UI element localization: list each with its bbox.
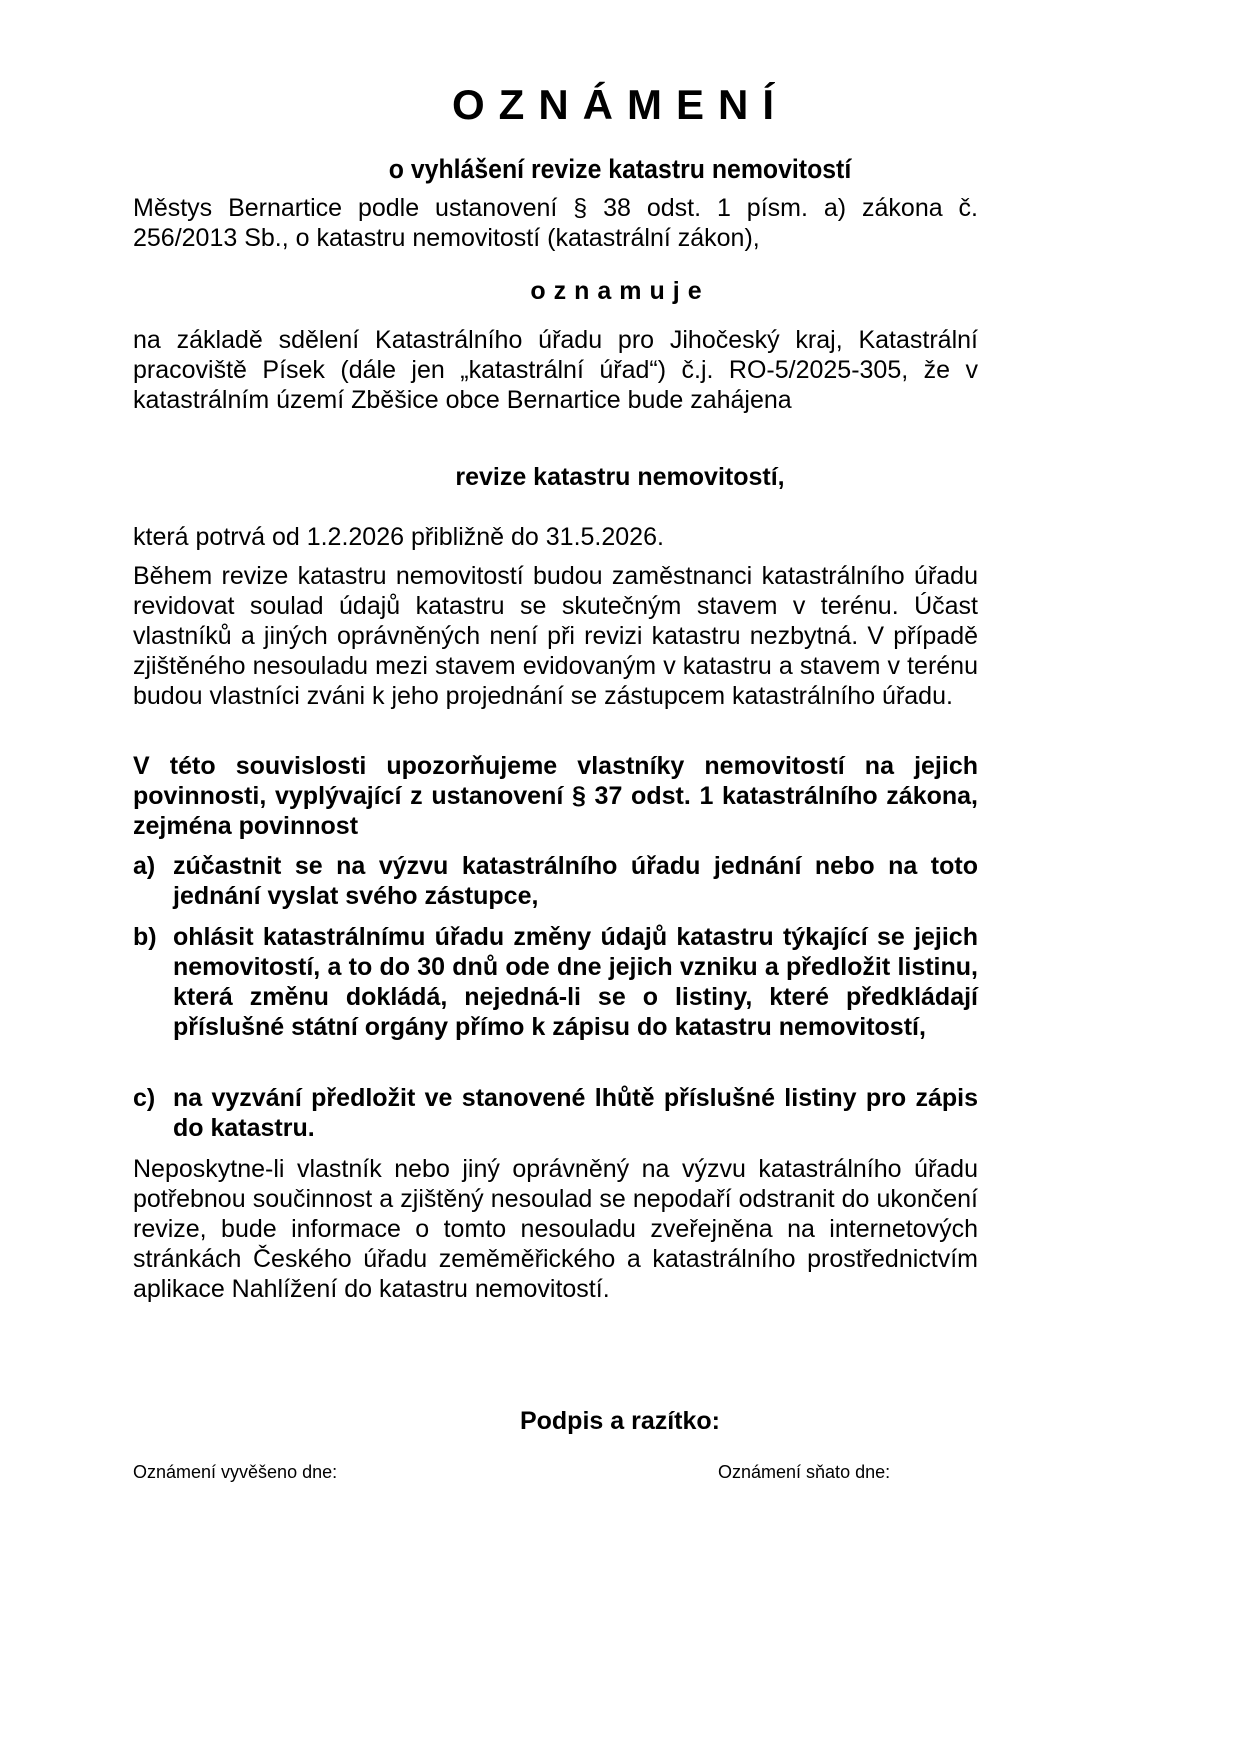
announces-heading: oznamuje <box>0 276 1240 306</box>
list-marker: b) <box>133 922 157 952</box>
list-marker: c) <box>133 1083 155 1113</box>
duty-item-a: a) zúčastnit se na výzvu katastrálního ú… <box>133 851 978 911</box>
duty-text: na vyzvání předložit ve stanovené lhůtě … <box>173 1083 978 1143</box>
document-subtitle: o vyhlášení revize katastru nemovitostí <box>50 152 1191 186</box>
warning-paragraph: V této souvislosti upozorňujeme vlastník… <box>133 751 978 841</box>
duty-text: ohlásit katastrálnímu úřadu změny údajů … <box>173 922 978 1042</box>
posted-date-label: Oznámení vyvěšeno dne: <box>133 1462 337 1483</box>
intro-paragraph: Městys Bernartice podle ustanovení § 38 … <box>133 193 978 253</box>
duty-item-c: c) na vyzvání předložit ve stanovené lhů… <box>133 1083 978 1143</box>
basis-paragraph: na základě sdělení Katastrálního úřadu p… <box>133 325 978 415</box>
duty-text: zúčastnit se na výzvu katastrálního úřad… <box>173 851 978 911</box>
removed-date-label: Oznámení sňato dne: <box>718 1462 890 1483</box>
signature-label: Podpis a razítko: <box>0 1406 1240 1436</box>
duration-paragraph: která potrvá od 1.2.2026 přibližně do 31… <box>133 522 978 552</box>
list-marker: a) <box>133 851 155 881</box>
consequence-paragraph: Neposkytne-li vlastník nebo jiný oprávně… <box>133 1154 978 1304</box>
during-paragraph: Během revize katastru nemovitostí budou … <box>133 561 978 711</box>
subject-heading: revize katastru nemovitostí, <box>0 462 1240 492</box>
duty-item-b: b) ohlásit katastrálnímu úřadu změny úda… <box>133 922 978 1042</box>
document-page: OZNÁMENÍ o vyhlášení revize katastru nem… <box>0 0 1240 1754</box>
document-title: OZNÁMENÍ <box>0 80 1240 130</box>
